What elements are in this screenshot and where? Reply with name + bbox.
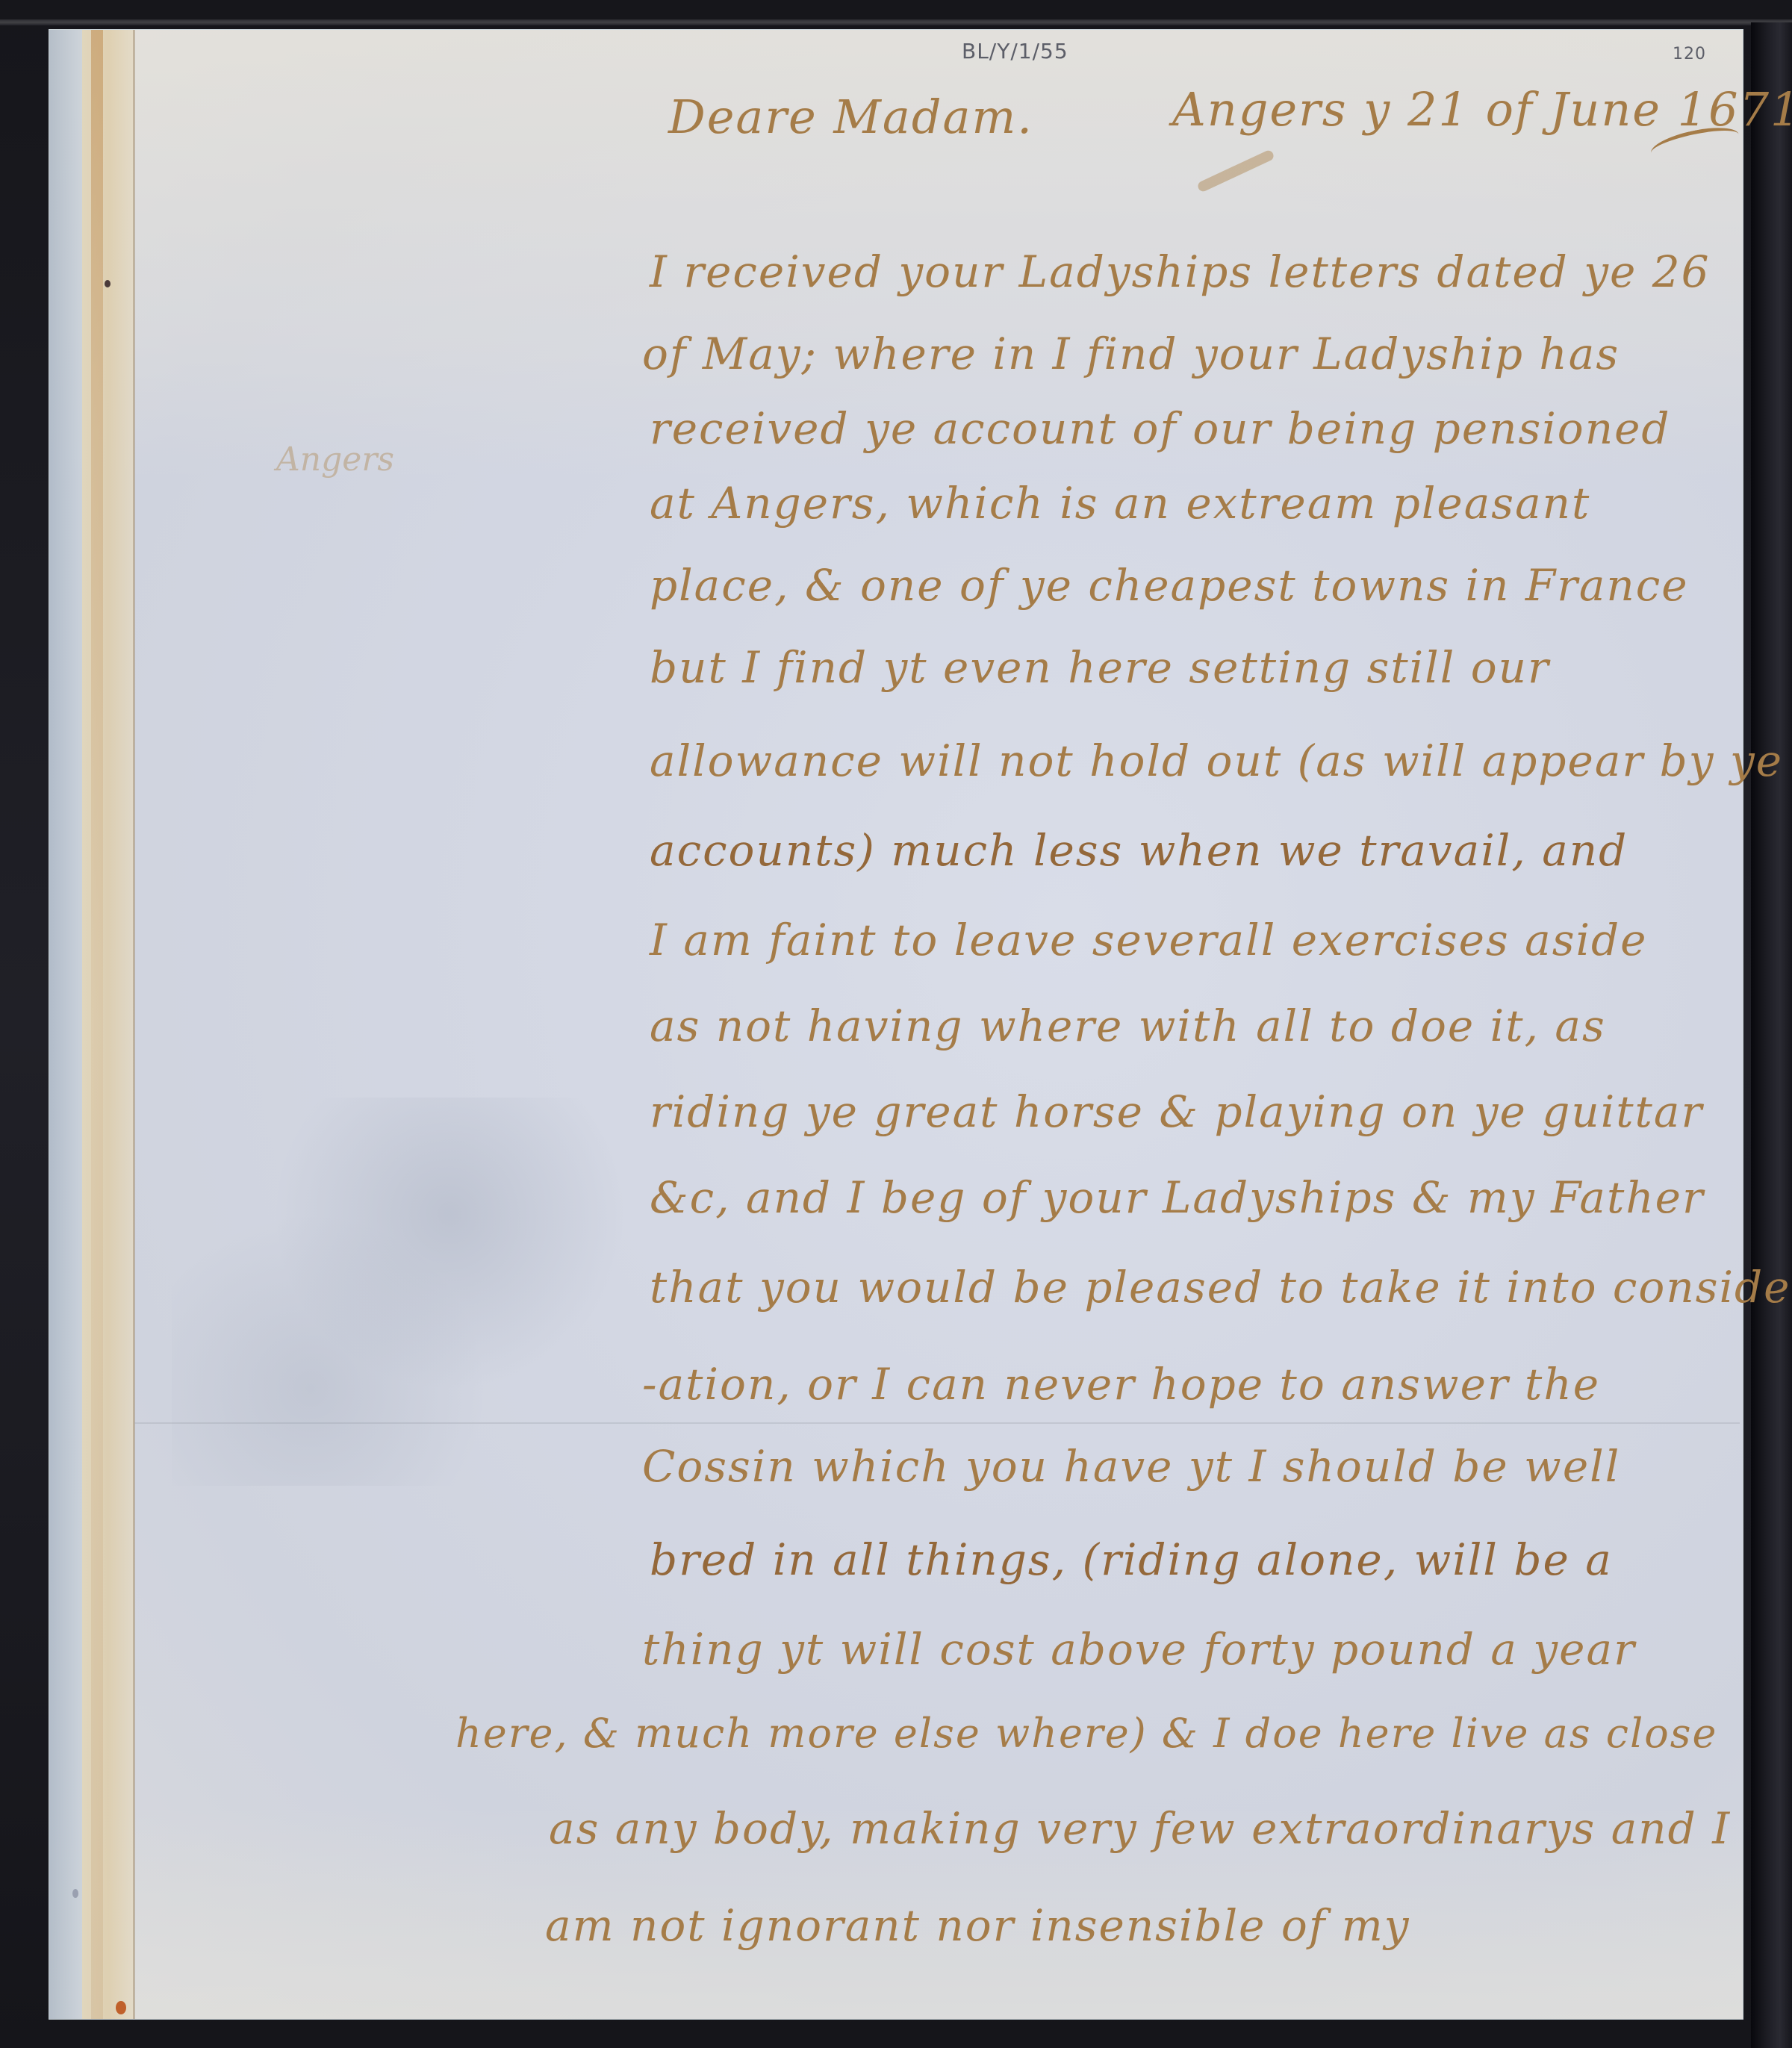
guard-strip [82, 30, 134, 2019]
letter-line: as not having where with all to doe it, … [650, 1000, 1606, 1051]
folio-number-mark: 120 [1673, 45, 1706, 63]
letter-line: Cossin which you have yt I should be wel… [642, 1441, 1620, 1492]
letter-line: as any body, making very few extraordina… [549, 1803, 1731, 1854]
letter-line: &c, and I beg of your Ladyships & my Fat… [650, 1172, 1705, 1223]
letter-line: I received your Ladyships letters dated … [650, 246, 1711, 297]
letter-line: of May; where in I find your Ladyship ha… [642, 329, 1620, 379]
offset-ink-smudge [172, 1098, 635, 1486]
letter-line: that you would be pleased to take it int… [650, 1262, 1792, 1313]
letter-line: thing yt will cost above forty pound a y… [642, 1624, 1636, 1675]
letter-line: bred in all things, (riding alone, will … [650, 1534, 1613, 1585]
backing-right-frame [1751, 22, 1792, 2048]
dateline: Angers y 21 of June 1671 [1172, 82, 1792, 137]
letter-line: -ation, or I can never hope to answer th… [642, 1359, 1600, 1410]
salutation: Deare Madam. [668, 90, 1033, 144]
letter-line: accounts) much less when we travail, and [650, 825, 1628, 876]
letter-line: received ye account of our being pension… [650, 403, 1671, 454]
letter-line: but I find yt even here setting still ou… [650, 642, 1550, 693]
backing-top-edge [0, 19, 1792, 25]
letter-line: allowance will not hold out (as will app… [650, 735, 1783, 786]
letter-line: here, & much more else where) & I doe he… [455, 1710, 1717, 1757]
margin-docket: Angers [276, 441, 394, 479]
letter-line: place, & one of ye cheapest towns in Fra… [650, 560, 1689, 611]
adhesive-stain [91, 30, 103, 2019]
archive-reference-mark: BL/Y/1/55 [962, 39, 1068, 63]
letter-line: riding ye great horse & playing on ye gu… [650, 1086, 1703, 1137]
letter-line: I am faint to leave severall exercises a… [650, 915, 1647, 965]
letter-line: at Angers, which is an extream pleasant [650, 478, 1590, 529]
vertical-fold-line [133, 30, 135, 2019]
foxing-spot [116, 2001, 126, 2014]
foxing-spot [72, 1889, 78, 1898]
foxing-spot [105, 280, 111, 287]
letter-line: am not ignorant nor insensible of my [545, 1900, 1410, 1951]
